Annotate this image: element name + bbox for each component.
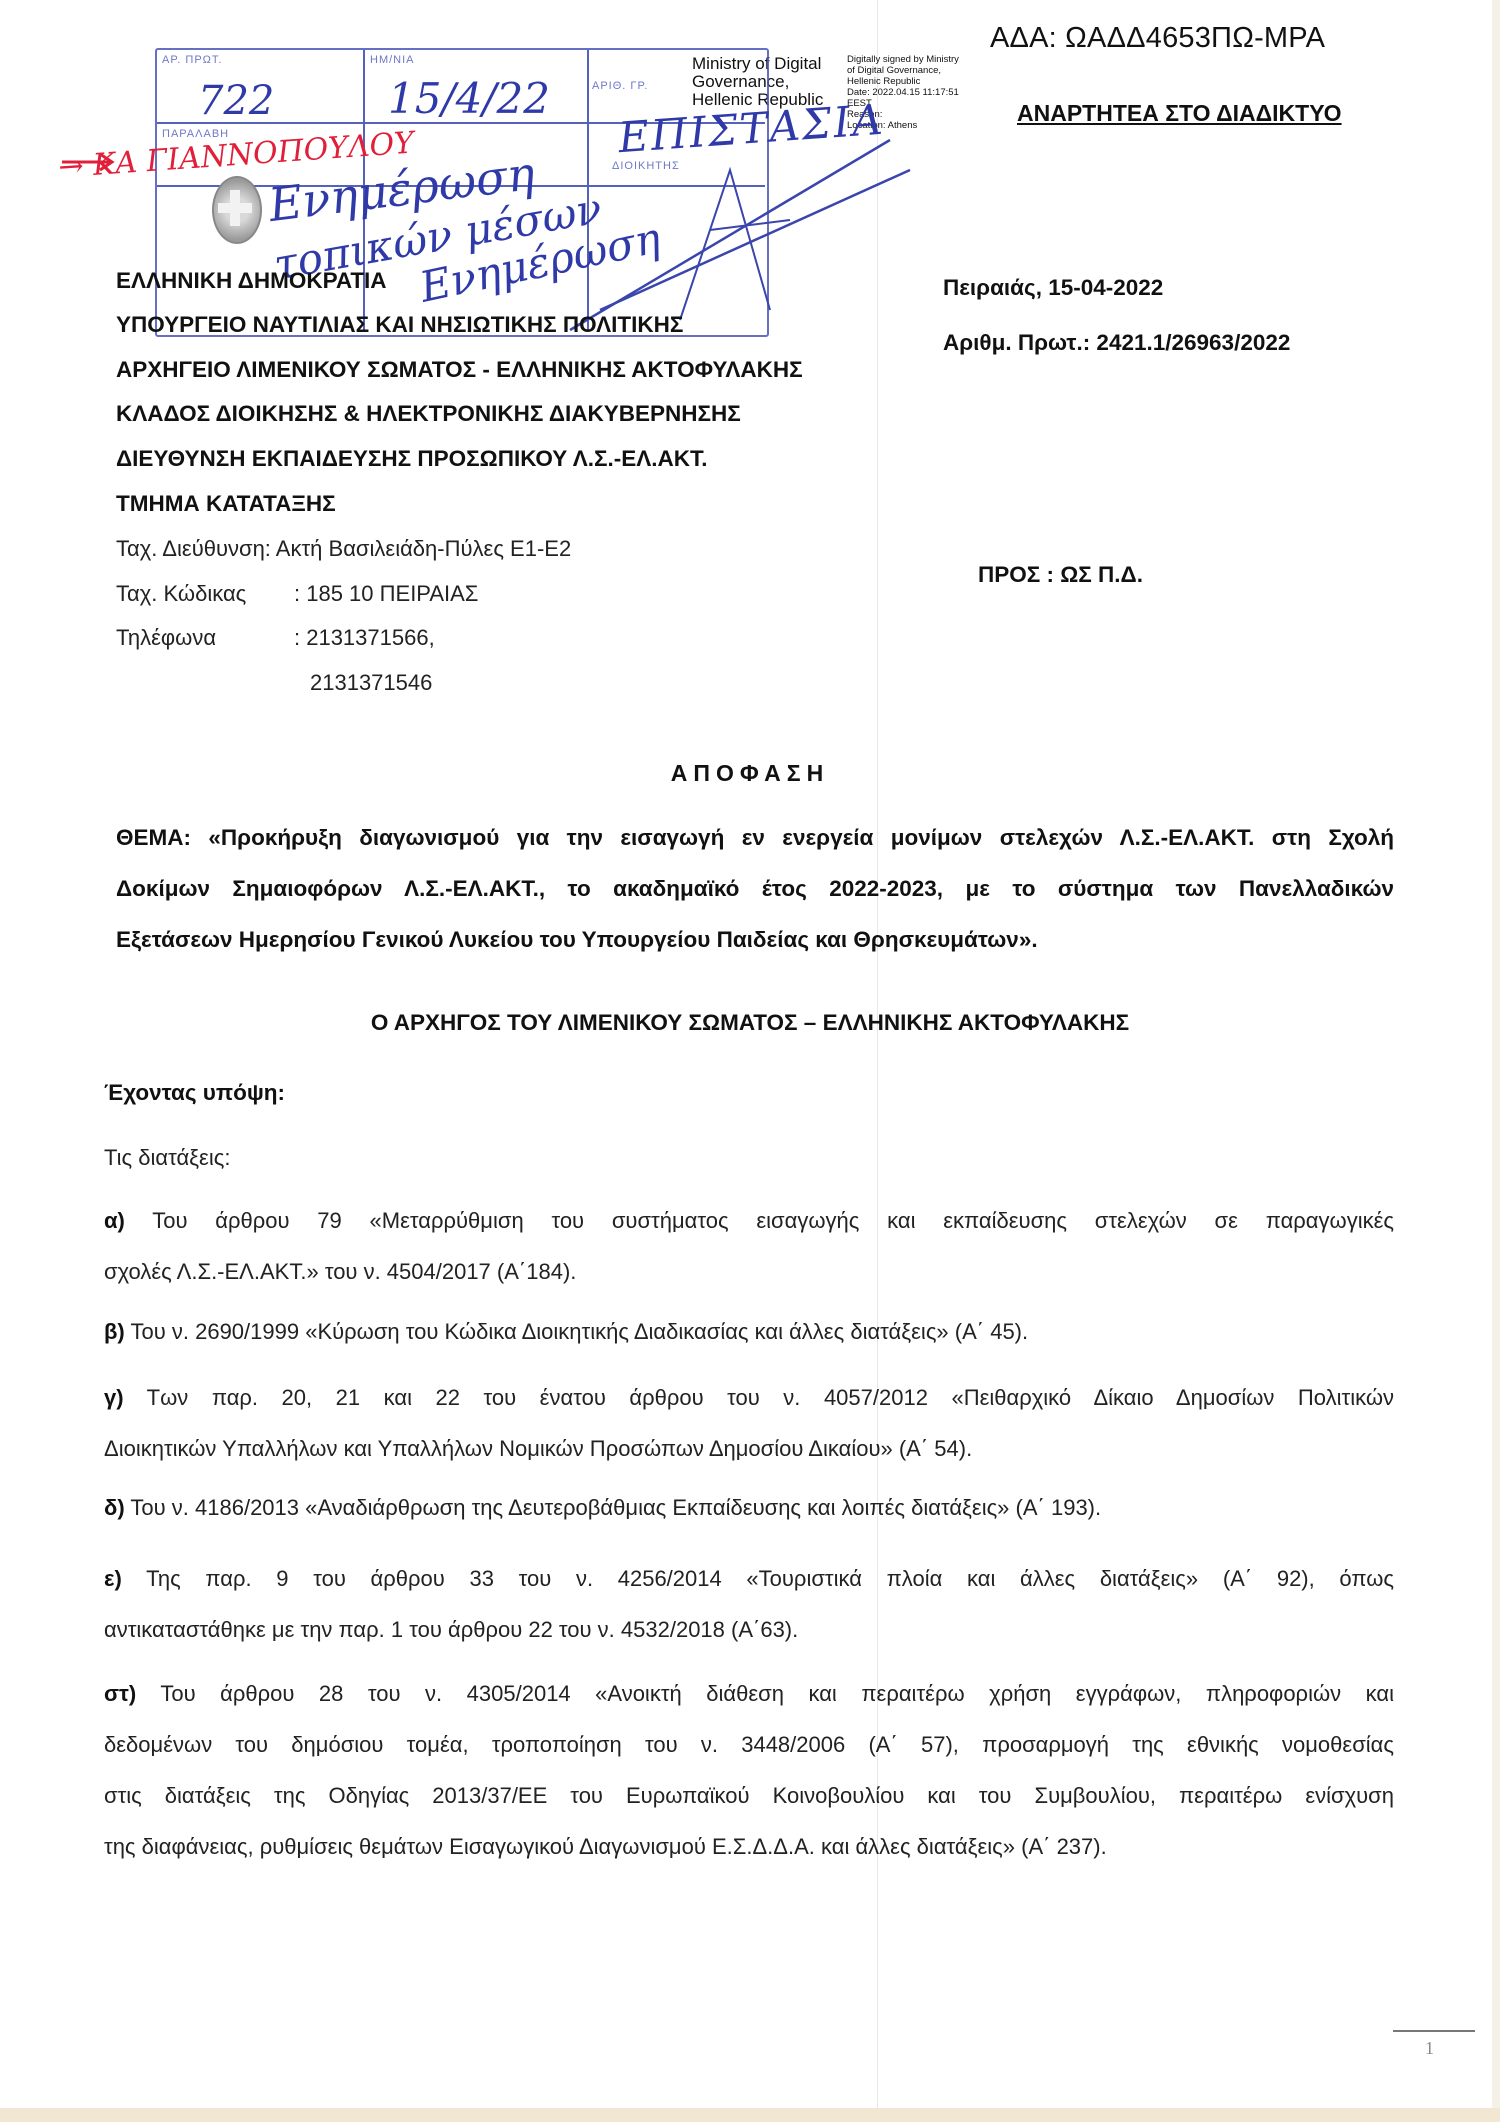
item-marker: στ) bbox=[104, 1681, 136, 1706]
item-text: Του ν. 4186/2013 «Αναδιάρθρωση της Δευτε… bbox=[125, 1495, 1101, 1520]
item-text: σχολές Λ.Σ.-ΕΛ.ΑΚΤ.» του ν. 4504/2017 (Α… bbox=[104, 1246, 1394, 1297]
sender-headquarters: ΑΡΧΗΓΕΙΟ ΛΙΜΕΝΙΚΟΥ ΣΩΜΑΤΟΣ - ΕΛΛΗΝΙΚΗΣ Α… bbox=[116, 357, 803, 383]
subject-line: ΘΕΜΑ: «Προκήρυξη διαγωνισμού για την εισ… bbox=[116, 812, 1394, 863]
item-text: Του ν. 2690/1999 «Κύρωση του Κώδικα Διοι… bbox=[125, 1319, 1028, 1344]
document-title: ΑΠΟΦΑΣΗ bbox=[0, 760, 1500, 787]
item-marker: β) bbox=[104, 1319, 125, 1344]
subject-line: Δοκίμων Σημαιοφόρων Λ.Σ.-ΕΛ.ΑΚΤ., το ακα… bbox=[116, 863, 1394, 914]
ada-code: ΑΔΑ: ΩΑΔΔ4653ΠΩ-ΜΡΑ bbox=[990, 22, 1325, 55]
sender-department: ΤΜΗΜΑ ΚΑΤΑΤΑΞΗΣ bbox=[116, 491, 336, 517]
item-text: Του άρθρου 28 του ν. 4305/2014 «Ανοικτή … bbox=[136, 1681, 1394, 1706]
item-marker: γ) bbox=[104, 1385, 124, 1410]
postal-code-label: Ταχ. Κώδικας bbox=[116, 581, 246, 607]
issuer-heading: Ο ΑΡΧΗΓΟΣ ΤΟΥ ΛΙΜΕΝΙΚΟΥ ΣΩΜΑΤΟΣ – ΕΛΛΗΝΙ… bbox=[0, 1010, 1500, 1036]
handwritten-date: 15/4/22 bbox=[388, 74, 550, 123]
item-text: στις διατάξεις της Οδηγίας 2013/37/ΕΕ το… bbox=[104, 1770, 1394, 1821]
provisions-intro: Τις διατάξεις: bbox=[104, 1145, 230, 1171]
stamp-label: ΗΜ/ΝΙΑ bbox=[370, 54, 415, 66]
page-edge bbox=[1492, 0, 1500, 2122]
sender-directorate: ΔΙΕΥΘΥΝΣΗ ΕΚΠΑΙΔΕΥΣΗΣ ΠΡΟΣΩΠΙΚΟΥ Λ.Σ.-ΕΛ… bbox=[116, 446, 708, 472]
postal-address: Ταχ. Διεύθυνση: Ακτή Βασιλειάδη-Πύλες Ε1… bbox=[116, 536, 571, 562]
document-page: ΑΔΑ: ΩΑΔΔ4653ΠΩ-ΜΡΑ ΑΝΑΡΤΗΤΕΑ ΣΤΟ ΔΙΑΔΙΚ… bbox=[0, 0, 1500, 2122]
recipient: ΠΡΟΣ : ΩΣ Π.Δ. bbox=[978, 562, 1143, 588]
page-edge bbox=[0, 2108, 1500, 2122]
handwritten-number: 722 bbox=[198, 78, 274, 124]
item-text: δεδομένων του δημόσιου τομέα, τροποποίησ… bbox=[104, 1719, 1394, 1770]
item-marker: δ) bbox=[104, 1495, 125, 1520]
signature-detail-line: Hellenic Republic bbox=[847, 76, 959, 87]
subject-paragraph: ΘΕΜΑ: «Προκήρυξη διαγωνισμού για την εισ… bbox=[116, 812, 1394, 965]
item-text: Των παρ. 20, 21 και 22 του ένατου άρθρου… bbox=[124, 1385, 1394, 1410]
arrow-icon bbox=[60, 150, 120, 174]
provision-item: β) Του ν. 2690/1999 «Κύρωση του Κώδικα Δ… bbox=[104, 1306, 1394, 1357]
handwritten-strike-marks bbox=[560, 110, 920, 340]
item-marker: α) bbox=[104, 1208, 125, 1233]
postal-code-value: : 185 10 ΠΕΙΡΑΙΑΣ bbox=[294, 581, 478, 607]
item-text: Διοικητικών Υπαλλήλων και Υπαλλήλων Νομι… bbox=[104, 1423, 1394, 1474]
provision-item: α) Του άρθρου 79 «Μεταρρύθμιση του συστή… bbox=[104, 1195, 1394, 1297]
provision-item: στ) Του άρθρου 28 του ν. 4305/2014 «Ανοι… bbox=[104, 1668, 1394, 1872]
subject-line: Εξετάσεων Ημερησίου Γενικού Λυκείου του … bbox=[116, 914, 1394, 965]
phone-value: 2131371546 bbox=[310, 670, 432, 696]
stamp-label: ΑΡΙΘ. ΓΡ. bbox=[592, 80, 648, 92]
post-online-notice: ΑΝΑΡΤΗΤΕΑ ΣΤΟ ΔΙΑΔΙΚΤΥΟ bbox=[1017, 100, 1342, 127]
item-text: Της παρ. 9 του άρθρου 33 του ν. 4256/201… bbox=[122, 1566, 1394, 1591]
item-text: της διαφάνειας, ρυθμίσεις θεμάτων Εισαγω… bbox=[104, 1821, 1394, 1872]
provision-item: γ) Των παρ. 20, 21 και 22 του ένατου άρθ… bbox=[104, 1372, 1394, 1474]
item-text: Του άρθρου 79 «Μεταρρύθμιση του συστήματ… bbox=[125, 1208, 1394, 1233]
item-marker: ε) bbox=[104, 1566, 122, 1591]
sender-ministry: ΥΠΟΥΡΓΕΙΟ ΝΑΥΤΙΛΙΑΣ ΚΑΙ ΝΗΣΙΩΤΙΚΗΣ ΠΟΛΙΤ… bbox=[116, 312, 683, 338]
protocol-number: Αριθμ. Πρωτ.: 2421.1/26963/2022 bbox=[943, 330, 1290, 356]
footer-rule bbox=[1393, 2030, 1475, 2032]
provision-item: ε) Της παρ. 9 του άρθρου 33 του ν. 4256/… bbox=[104, 1553, 1394, 1655]
signature-detail-line: of Digital Governance, bbox=[847, 65, 959, 76]
provision-item: δ) Του ν. 4186/2013 «Αναδιάρθρωση της Δε… bbox=[104, 1482, 1394, 1533]
stamp-label: ΑΡ. ΠΡΩΤ. bbox=[162, 54, 222, 66]
item-text: αντικαταστάθηκε με την παρ. 1 του άρθρου… bbox=[104, 1604, 1394, 1655]
signature-detail-line: Digitally signed by Ministry bbox=[847, 54, 959, 65]
sender-republic: ΕΛΛΗΝΙΚΗ ΔΗΜΟΚΡΑΤΙΑ bbox=[116, 268, 387, 294]
place-date: Πειραιάς, 15-04-2022 bbox=[943, 275, 1163, 301]
sender-branch: ΚΛΑΔΟΣ ΔΙΟΙΚΗΣΗΣ & ΗΛΕΚΤΡΟΝΙΚΗΣ ΔΙΑΚΥΒΕΡ… bbox=[116, 401, 741, 427]
phone-label: Τηλέφωνα bbox=[116, 625, 216, 651]
phone-value: : 2131371566, bbox=[294, 625, 435, 651]
page-number: 1 bbox=[1425, 2038, 1434, 2059]
emblem-cross bbox=[218, 203, 252, 213]
having-considered: Έχοντας υπόψη: bbox=[104, 1080, 285, 1106]
